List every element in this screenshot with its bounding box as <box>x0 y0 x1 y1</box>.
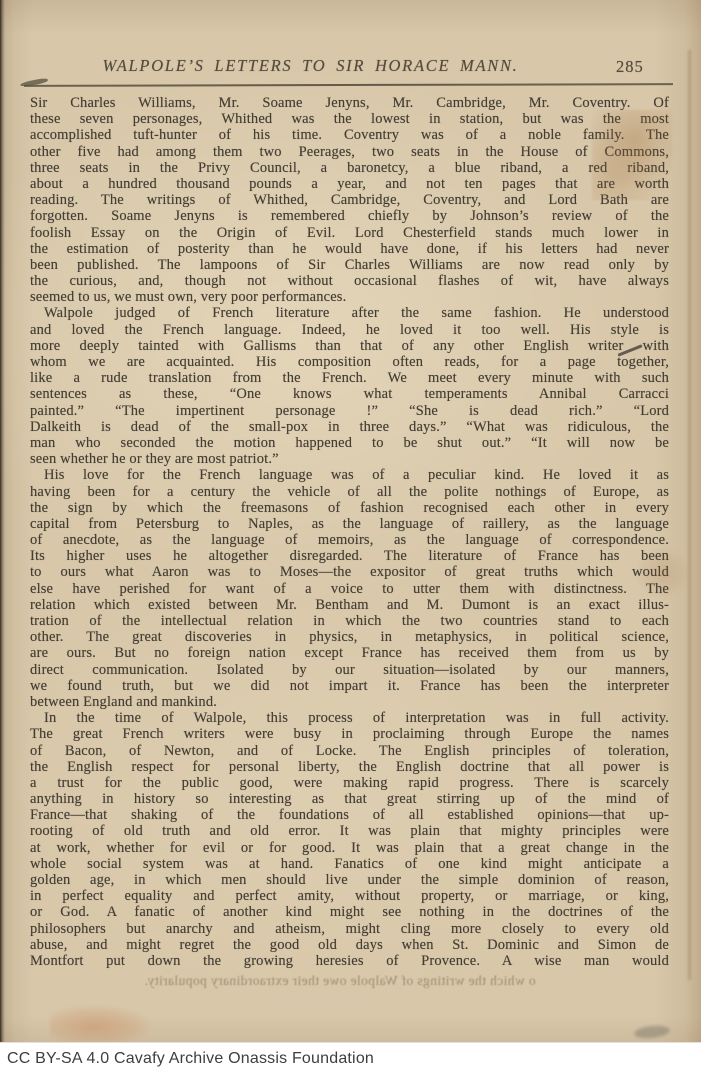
text-line: Sir Charles Williams, Mr. Soame Jenyns, … <box>30 95 669 111</box>
text-line: In the time of Walpole, this process of … <box>30 710 669 726</box>
stain-right-mid <box>636 540 688 606</box>
text-line: and loved the French language. Indeed, h… <box>30 322 669 338</box>
text-line: of Bacon, of Newton, and of Locke. The E… <box>30 743 669 759</box>
stain-bottom-left <box>50 1006 150 1042</box>
text-line: philosophers but anarchy and atheism, mi… <box>30 921 669 937</box>
page-crease-line <box>688 50 691 980</box>
license-caption: CC BY-SA 4.0 Cavafy Archive Onassis Foun… <box>7 1043 374 1074</box>
text-line: abuse, and might regret the good old day… <box>30 937 669 953</box>
text-line: Montfort put down the growing heresies o… <box>30 953 669 969</box>
page-body-text: Sir Charles Williams, Mr. Soame Jenyns, … <box>30 95 669 969</box>
text-line: other five had among them two Peerages, … <box>30 144 669 160</box>
text-line: whole social system was at hand. Fanatic… <box>30 856 669 872</box>
text-line: foolish Essay on the Origin of Evil. Lor… <box>30 225 669 241</box>
stain-top-right <box>592 110 672 200</box>
text-line: anything in history so interesting as th… <box>30 791 669 807</box>
text-line: Dalkeith is dead of the small-pox in thr… <box>30 419 669 435</box>
license-bar: CC BY-SA 4.0 Cavafy Archive Onassis Foun… <box>0 1042 701 1074</box>
text-line: the English respect for personal liberty… <box>30 759 669 775</box>
text-line: these seven personages, Whithed was the … <box>30 111 669 127</box>
text-line: relation which existed between Mr. Benth… <box>30 597 669 613</box>
text-line: accomplished tuft-hunter of his time. Co… <box>30 127 669 143</box>
text-line: rooting of old truth and old error. It w… <box>30 823 669 839</box>
page-number: 285 <box>616 57 644 77</box>
text-line: Walpole judged of French literature afte… <box>30 305 669 321</box>
text-line: three seats in the Privy Council, a baro… <box>30 160 669 176</box>
scanned-book-page: WALPOLE’S LETTERS TO SIR HORACE MANN. 28… <box>0 0 701 1042</box>
text-line: at work, whether for evil or for good. I… <box>30 840 669 856</box>
text-line: been published. The lampoons of Sir Char… <box>30 257 669 273</box>
text-line: like a rude translation from the French.… <box>30 370 669 386</box>
text-line: to ours what Aaron was to Moses—the expo… <box>30 564 669 580</box>
text-line: in perfect equality and perfect amity, w… <box>30 888 669 904</box>
text-line: golden age, in which men should live und… <box>30 872 669 888</box>
text-line: are ours. But no foreign nation except F… <box>30 645 669 661</box>
text-line: seen whether he or they are most patriot… <box>30 451 669 467</box>
text-line: else have perished for want of a voice t… <box>30 581 669 597</box>
text-line: direct communication. Isolated by our si… <box>30 662 669 678</box>
text-line: man who seconded the motion happened to … <box>30 435 669 451</box>
text-line: about a hundred thousand pounds a year, … <box>30 176 669 192</box>
text-line: seemed to us, we must own, very poor per… <box>30 289 669 305</box>
bleed-through-text: o which the writings of Walpole owe thei… <box>45 973 635 989</box>
text-line: The great French writers were busy in pr… <box>30 726 669 742</box>
text-line: whom we are acquainted. His composition … <box>30 354 669 370</box>
text-line: the estimation of posterity than he woul… <box>30 241 669 257</box>
text-line: painted.” “The impertinent personage !” … <box>30 403 669 419</box>
text-line: the curious, and, though not without occ… <box>30 273 669 289</box>
text-line: other. The great discoveries in physics,… <box>30 629 669 645</box>
page-left-edge-shadow <box>0 0 5 1042</box>
text-line: France—that shaking of the foundations o… <box>30 807 669 823</box>
text-line: forgotten. Soame Jenyns is remembered ch… <box>30 208 669 224</box>
text-line: capital from Petersburg to Naples, as th… <box>30 516 669 532</box>
text-line: of anecdote, as the language of memoirs,… <box>30 532 669 548</box>
smudge-bottom-right <box>633 1024 670 1040</box>
header-rule <box>24 83 673 87</box>
text-line: reading. The writings of Whithed, Cambri… <box>30 192 669 208</box>
text-line: we found truth, but we did not impart it… <box>30 678 669 694</box>
text-line: the sign by which the freemasons of fash… <box>30 500 669 516</box>
text-line: a trust for the public good, were making… <box>30 775 669 791</box>
text-line: sentences as these, “One knows what temp… <box>30 386 669 402</box>
text-line: tration of the intellectual relation in … <box>30 613 669 629</box>
text-line: having been for a century the vehicle of… <box>30 484 669 500</box>
text-line: between England and mankind. <box>30 694 669 710</box>
text-line: or God. A fanatic of another kind might … <box>30 904 669 920</box>
text-line: Its higher uses he altogether disregarde… <box>30 548 669 564</box>
text-line: more deeply tainted with Gallisms than t… <box>30 338 669 354</box>
text-line: His love for the French language was of … <box>30 467 669 483</box>
running-title: WALPOLE’S LETTERS TO SIR HORACE MANN. <box>30 56 591 76</box>
